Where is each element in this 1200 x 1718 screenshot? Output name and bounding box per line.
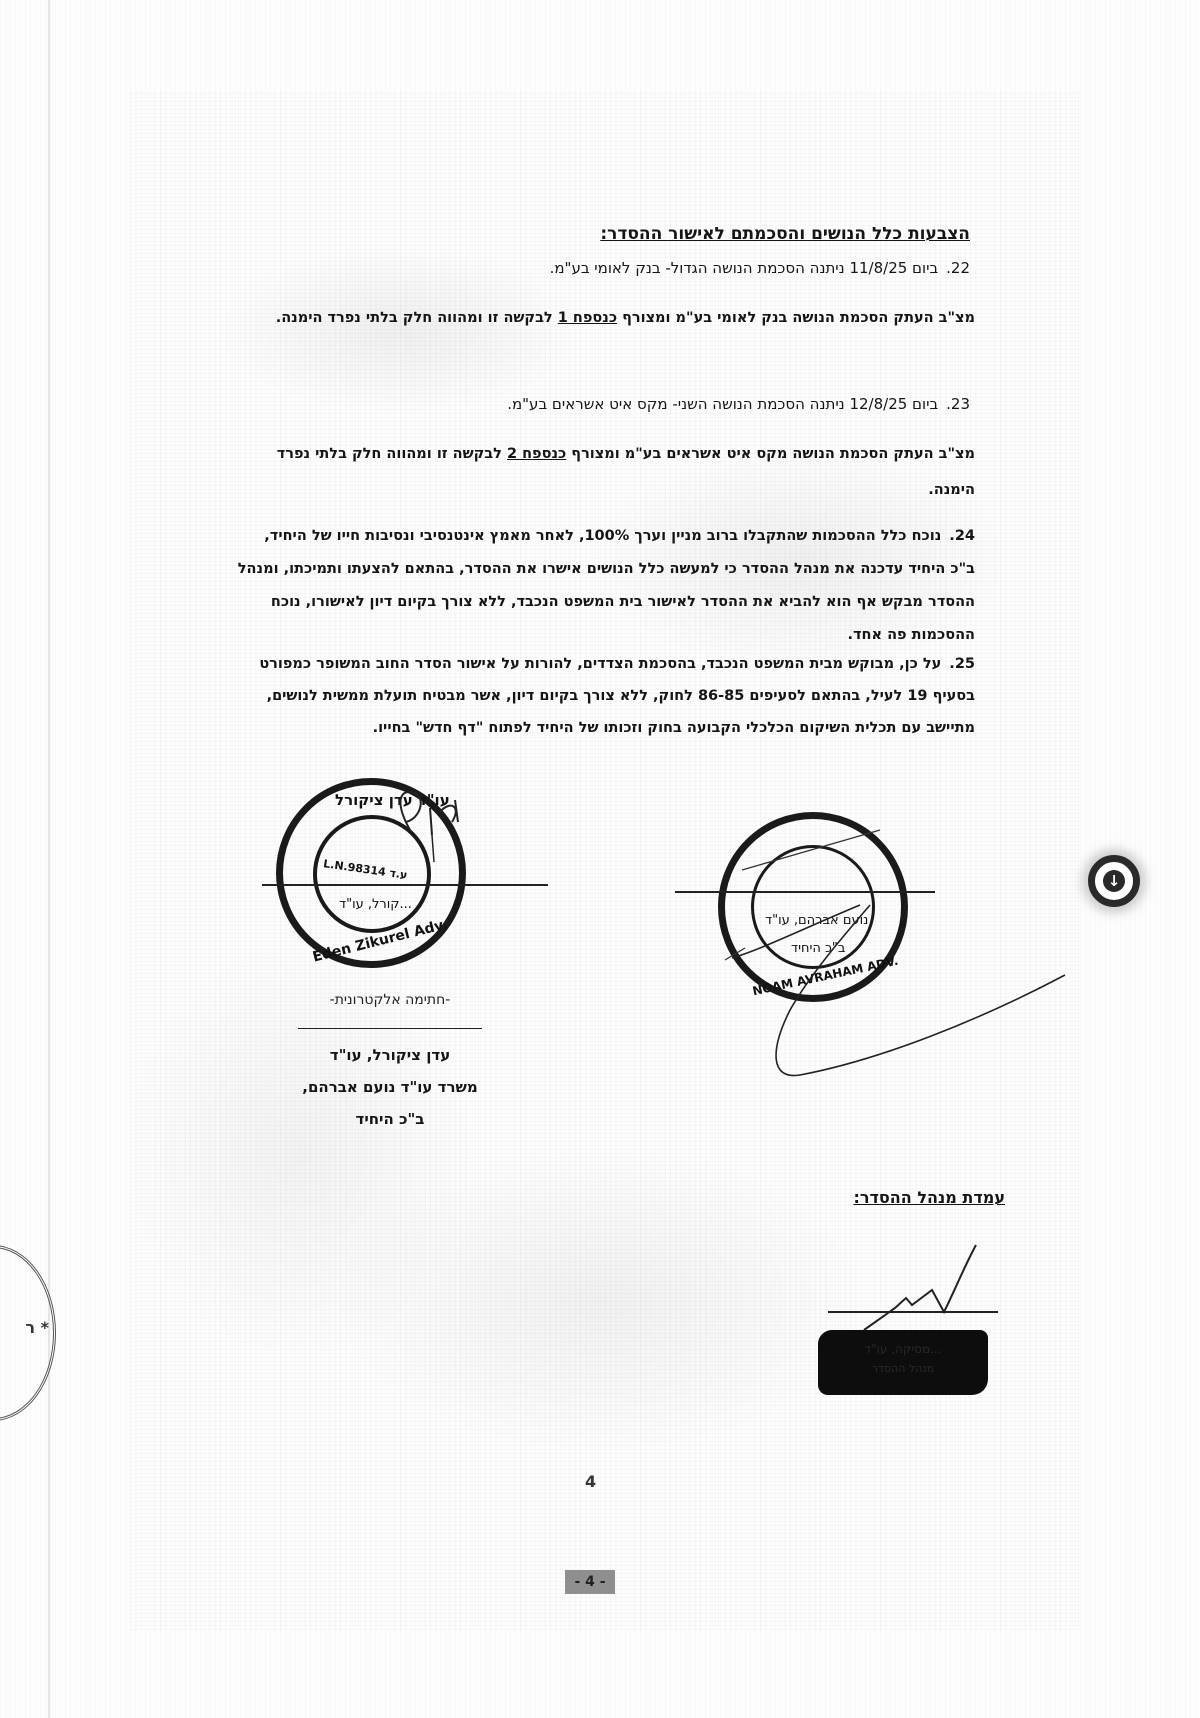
handwriting-overlay (0, 0, 1200, 1718)
left-handwritten-signature (400, 792, 458, 835)
right-handwritten-signature (732, 905, 1065, 1076)
document-page: הצבעות כלל הנושים והסכמתם לאישור ההסדר: … (0, 0, 1200, 1718)
manager-handwritten-signature (864, 1245, 976, 1330)
